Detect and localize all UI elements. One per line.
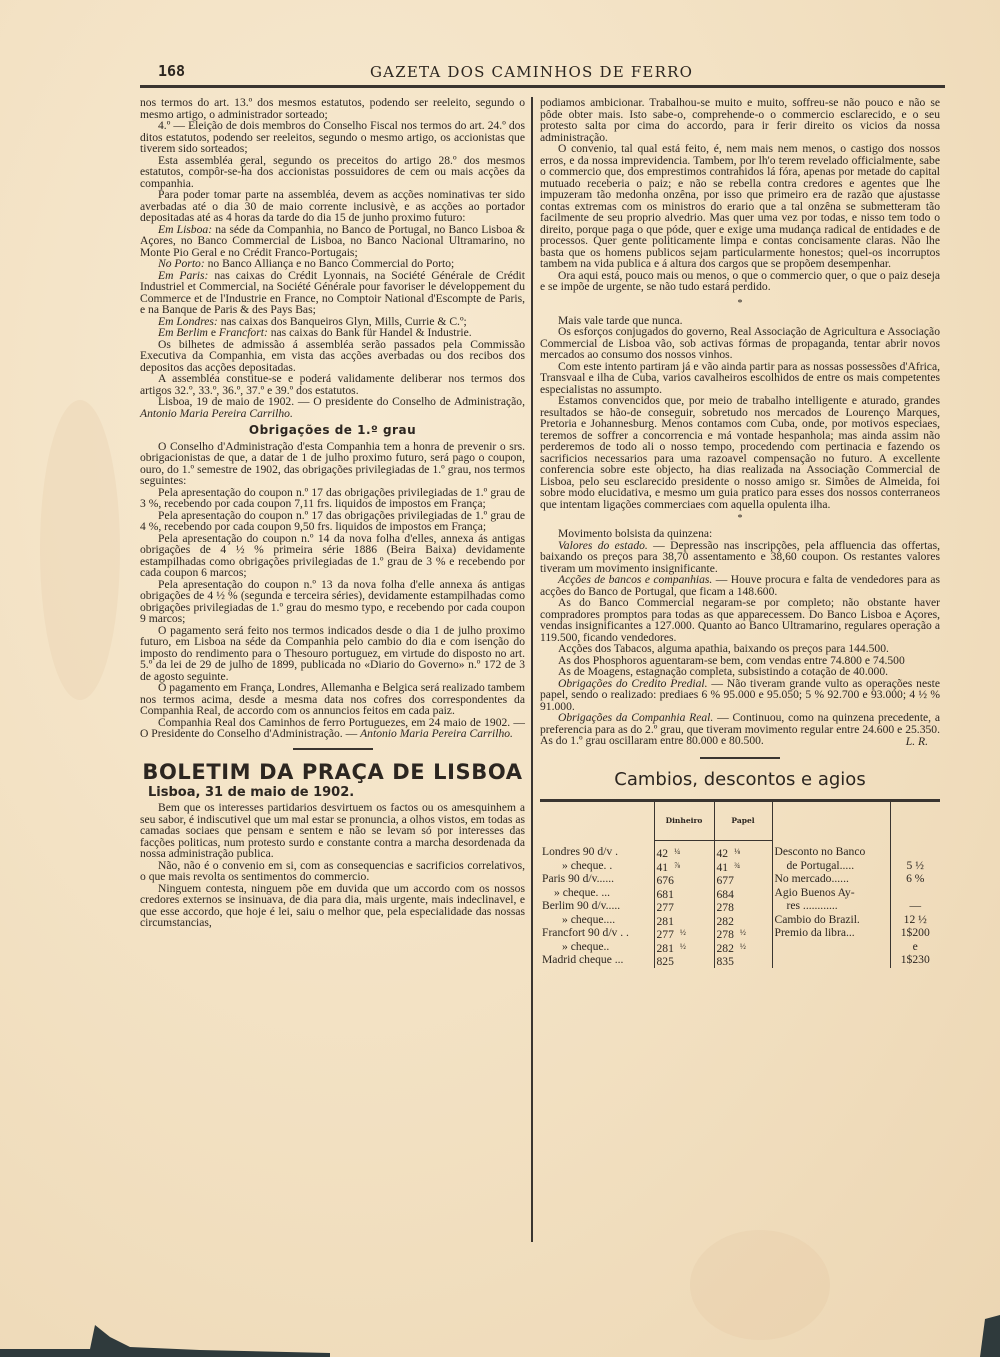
location-paragraph: Em Lisboa: na séde da Companhia, no Banc… [140, 224, 525, 259]
page-header: 168 GAZETA DOS CAMINHOS DE FERRO [140, 58, 945, 92]
signature-name: Antonio Maria Pereira Carrilho. [360, 727, 513, 740]
rate-label [772, 954, 890, 968]
papel-value: 835 [714, 954, 772, 968]
dinheiro-value: 825 [654, 954, 714, 968]
page-number: 168 [158, 62, 185, 80]
table-row: Francfort 90 d/v . . 277½ 278½ Premio da… [540, 927, 940, 941]
paragraph: Ora aqui está, pouco mais ou menos, o qu… [540, 270, 940, 293]
paragraph: podiamos ambicionar. Trabalhou-se muito … [540, 97, 940, 143]
movimento-item: Obrigações do Credito Predial. — Não tiv… [540, 678, 940, 713]
section-title: Obrigações de 1.º grau [140, 425, 525, 437]
dinheiro-value: 681 [654, 887, 714, 901]
rate-label: No mercado...... [772, 873, 890, 887]
movimento-item: As do Banco Commercial negaram-se por co… [540, 597, 940, 643]
papel-value: 677 [714, 873, 772, 887]
exchange-label: » cheque. ... [540, 887, 654, 901]
rate-value: e [890, 941, 940, 955]
table-row: » cheque. ... 681 684 Agio Buenos Ay- [540, 887, 940, 901]
paragraph: Pela apresentação do coupon n.º 14 da no… [140, 533, 525, 579]
rate-label [772, 941, 890, 955]
rate-label: Agio Buenos Ay- [772, 887, 890, 901]
paragraph: A assembléa constitue-se e poderá valida… [140, 373, 525, 396]
paragraph: O pagamento será feito nos termos indica… [140, 625, 525, 683]
cambios-title: Cambios, descontos e agios [540, 769, 940, 791]
paragraph: O Conselho d'Administração d'esta Compan… [140, 441, 525, 487]
table-row: Madrid cheque ... 825 835 1$230 [540, 954, 940, 968]
boletim-date: Lisboa, 31 de maio de 1902. [148, 787, 525, 799]
exchange-label: » cheque.. [540, 941, 654, 955]
rate-label: res ............ [772, 900, 890, 914]
table-header-dinheiro: Dinheiro [654, 802, 714, 840]
table-header-papel: Papel [714, 802, 772, 840]
location-paragraph: Em Berlim e Francfort: nas caixas do Ban… [140, 327, 525, 339]
table-header-row: Dinheiro Papel [540, 802, 940, 840]
movimento-item: Valores do estado. — Depressão nas inscr… [540, 540, 940, 575]
papel-value: 278 [714, 900, 772, 914]
papel-value: 42⅛ [714, 846, 772, 860]
papel-value: 282 [714, 914, 772, 928]
paragraph: O convenio, tal qual está feito, é, nem … [540, 143, 940, 270]
paragraph: Os bilhetes de admissão á assembléa serã… [140, 339, 525, 374]
rate-value: 5 ½ [890, 860, 940, 874]
section-rule [700, 757, 780, 759]
paragraph: Pela apresentação do coupon n.º 13 da no… [140, 579, 525, 625]
paragraph: O pagamento em França, Londres, Allemanh… [140, 682, 525, 717]
section-rule [293, 748, 373, 750]
paragraph: 4.º — Eleição de dois membros do Conselh… [140, 120, 525, 155]
paragraph: Esta assembléa geral, segundo os preceit… [140, 155, 525, 190]
movimento-item: Acções de bancos e companhias. — Houve p… [540, 574, 940, 597]
papel-value: 282½ [714, 941, 772, 955]
paragraph: nos termos do art. 13.º dos mesmos estat… [140, 97, 525, 120]
rate-label: Desconto no Banco [772, 846, 890, 860]
asterisk-separator: * [540, 512, 940, 526]
boletim-title: BOLETIM DA PRAÇA DE LISBOA [140, 760, 525, 784]
paragraph: Para poder tomar parte na assembléa, dev… [140, 189, 525, 224]
exchange-label: » cheque.... [540, 914, 654, 928]
table-row: Berlim 90 d/v..... 277 278 res .........… [540, 900, 940, 914]
papel-value: 278½ [714, 927, 772, 941]
rate-value: — [890, 900, 940, 914]
rate-value [890, 846, 940, 860]
rate-label: Cambio do Brazil. [772, 914, 890, 928]
paragraph: Ninguem contesta, ninguem põe em duvida … [140, 883, 525, 929]
exchange-label: Madrid cheque ... [540, 954, 654, 968]
exchange-label: » cheque. . [540, 860, 654, 874]
paragraph: Pela apresentação do coupon n.º 17 das o… [140, 510, 525, 533]
table-header-empty [890, 802, 940, 840]
dinheiro-value: 281½ [654, 941, 714, 955]
exchange-label: Francfort 90 d/v . . [540, 927, 654, 941]
dinheiro-value: 676 [654, 873, 714, 887]
paragraph: Bem que os interesses partidarios desvir… [140, 802, 525, 860]
dinheiro-value: 42¼ [654, 846, 714, 860]
paragraph: Estamos convencidos que, por meio de tra… [540, 395, 940, 510]
paragraph: Pela apresentação do coupon n.º 17 das o… [140, 487, 525, 510]
papel-value: 41¾ [714, 860, 772, 874]
rate-label: de Portugal..... [772, 860, 890, 874]
paper-stain [40, 400, 120, 700]
dinheiro-value: 41⅞ [654, 860, 714, 874]
signature-paragraph: Companhia Real dos Caminhos de ferro Por… [140, 717, 525, 740]
rate-value: 12 ½ [890, 914, 940, 928]
torn-edge [0, 1297, 1000, 1357]
signature-paragraph: Lisboa, 19 de maio de 1902. — O presiden… [140, 396, 525, 419]
rate-value: 6 % [890, 873, 940, 887]
exchange-label: Berlim 90 d/v..... [540, 900, 654, 914]
paragraph: Com este intento partiram já e vão ainda… [540, 361, 940, 396]
location-paragraph: Em Paris: nas caixas do Crédit Lyonnais,… [140, 270, 525, 316]
rate-label: Premio da libra... [772, 927, 890, 941]
table-header-empty [772, 802, 890, 840]
exchange-label: Paris 90 d/v...... [540, 873, 654, 887]
right-column: podiamos ambicionar. Trabalhou-se muito … [540, 97, 940, 968]
movimento-text: As do Banco Commercial negaram-se por co… [540, 596, 940, 644]
table-header-empty [540, 802, 654, 840]
column-divider [531, 97, 533, 1242]
papel-value: 684 [714, 887, 772, 901]
exchange-label: Londres 90 d/v . [540, 846, 654, 860]
rate-value: 1$200 [890, 927, 940, 941]
header-rule [140, 85, 945, 88]
table-row: Paris 90 d/v...... 676 677 No mercado...… [540, 873, 940, 887]
table-row: Londres 90 d/v . 42¼ 42⅛ Desconto no Ban… [540, 846, 940, 860]
rate-value [890, 887, 940, 901]
left-column: nos termos do art. 13.º dos mesmos estat… [140, 97, 525, 929]
cambios-table: Dinheiro Papel Londres 90 d/v . 42¼ 42⅛ … [540, 802, 940, 968]
asterisk-separator: * [540, 297, 940, 311]
dinheiro-value: 281 [654, 914, 714, 928]
journal-title: GAZETA DOS CAMINHOS DE FERRO [370, 63, 693, 81]
table-row: » cheque.... 281 282 Cambio do Brazil. 1… [540, 914, 940, 928]
dinheiro-value: 277½ [654, 927, 714, 941]
paragraph: Não, não é o convenio em si, com as cons… [140, 860, 525, 883]
table-row: » cheque. . 41⅞ 41¾ de Portugal..... 5 ½ [540, 860, 940, 874]
table-row: » cheque.. 281½ 282½ e [540, 941, 940, 955]
dinheiro-value: 277 [654, 900, 714, 914]
signature-name: Antonio Maria Pereira Carrilho. [140, 407, 293, 420]
rate-value: 1$230 [890, 954, 940, 968]
paragraph: Os esforços conjugados do governo, Real … [540, 326, 940, 361]
